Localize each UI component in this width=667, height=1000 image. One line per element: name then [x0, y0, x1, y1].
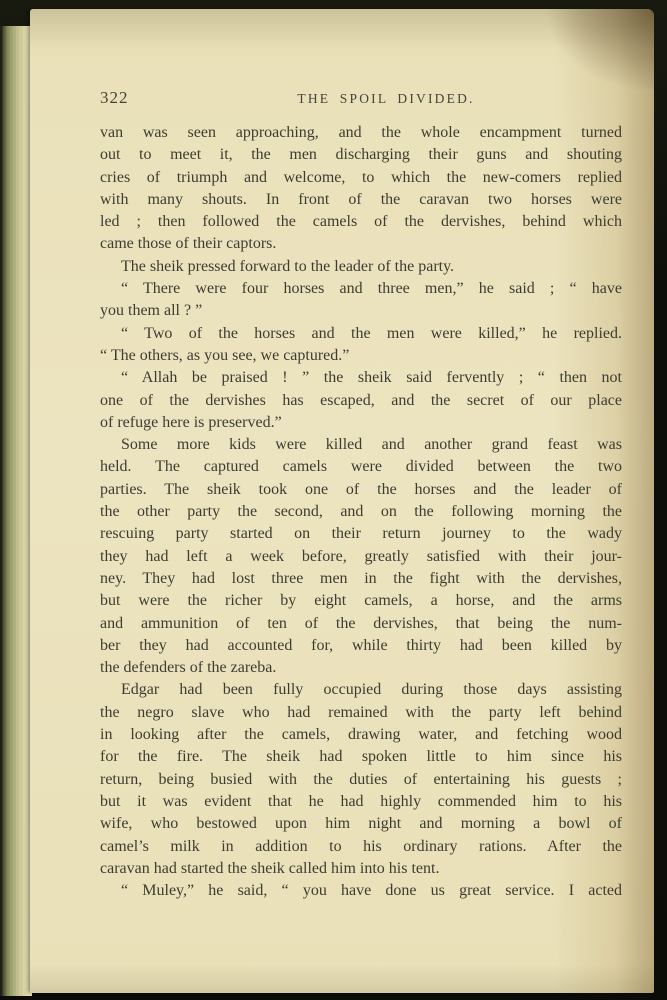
paragraph: van was seen approaching, and the whole … — [100, 122, 622, 256]
text-line: camel’s milk in addition to his ordinary… — [100, 836, 622, 858]
text-line: parties. The sheik took one of the horse… — [100, 479, 622, 501]
paragraph: “ Muley,” he said, “ you have done us gr… — [100, 880, 622, 902]
text-block: van was seen approaching, and the whole … — [100, 122, 622, 902]
book-page: 322 THE SPOIL DIVIDED. van was seen appr… — [30, 9, 654, 993]
text-line: of refuge here is preserved.” — [100, 412, 622, 434]
text-line: “ Two of the horses and the men were kil… — [100, 323, 622, 345]
stacked-page-edges — [0, 26, 32, 996]
text-line: van was seen approaching, and the whole … — [100, 122, 622, 144]
text-line: but it was evident that he had highly co… — [100, 791, 622, 813]
text-line: Edgar had been fully occupied during tho… — [100, 679, 622, 701]
text-line: caravan had started the sheik called him… — [100, 858, 622, 880]
text-line: held. The captured camels were divided b… — [100, 456, 622, 478]
running-title: THE SPOIL DIVIDED. — [150, 91, 622, 107]
text-line: “ Allah be praised ! ” the sheik said fe… — [100, 367, 622, 389]
text-line: wife, who bestowed upon him night and mo… — [100, 813, 622, 835]
text-line: led ; then followed the camels of the de… — [100, 211, 622, 233]
paragraph: “ Two of the horses and the men were kil… — [100, 323, 622, 368]
text-line: out to meet it, the men discharging thei… — [100, 144, 622, 166]
text-line: they had left a week before, greatly sat… — [100, 546, 622, 568]
page-content: 322 THE SPOIL DIVIDED. van was seen appr… — [100, 88, 622, 902]
text-line: “ The others, as you see, we captured.” — [100, 345, 622, 367]
page-header: 322 THE SPOIL DIVIDED. — [100, 88, 622, 108]
text-line: cries of triumph and welcome, to which t… — [100, 167, 622, 189]
text-line: and ammunition of ten of the dervishes, … — [100, 613, 622, 635]
text-line: the other party the second, and on the f… — [100, 501, 622, 523]
text-line: ney. They had lost three men in the figh… — [100, 568, 622, 590]
text-line: came those of their captors. — [100, 233, 622, 255]
text-line: for the fire. The sheik had spoken littl… — [100, 746, 622, 768]
text-line: return, being busied with the duties of … — [100, 769, 622, 791]
text-line: with many shouts. In front of the carava… — [100, 189, 622, 211]
text-line: but were the richer by eight camels, a h… — [100, 590, 622, 612]
text-line: the negro slave who had remained with th… — [100, 702, 622, 724]
text-line: “ There were four horses and three men,”… — [100, 278, 622, 300]
text-line: the defenders of the zareba. — [100, 657, 622, 679]
text-line: one of the dervishes has escaped, and th… — [100, 390, 622, 412]
paragraph: “ Allah be praised ! ” the sheik said fe… — [100, 367, 622, 434]
text-line: ber they had accounted for, while thirty… — [100, 635, 622, 657]
book-scan: 322 THE SPOIL DIVIDED. van was seen appr… — [0, 0, 667, 1000]
paragraph: Edgar had been fully occupied during tho… — [100, 679, 622, 880]
text-line: rescuing party started on their return j… — [100, 523, 622, 545]
paragraph: “ There were four horses and three men,”… — [100, 278, 622, 323]
text-line: you them all ? ” — [100, 300, 622, 322]
text-line: in looking after the camels, drawing wat… — [100, 724, 622, 746]
page-number: 322 — [100, 88, 129, 108]
paragraph: The sheik pressed forward to the leader … — [100, 256, 622, 278]
text-line: Some more kids were killed and another g… — [100, 434, 622, 456]
paragraph: Some more kids were killed and another g… — [100, 434, 622, 679]
text-line: The sheik pressed forward to the leader … — [100, 256, 622, 278]
text-line: “ Muley,” he said, “ you have done us gr… — [100, 880, 622, 902]
